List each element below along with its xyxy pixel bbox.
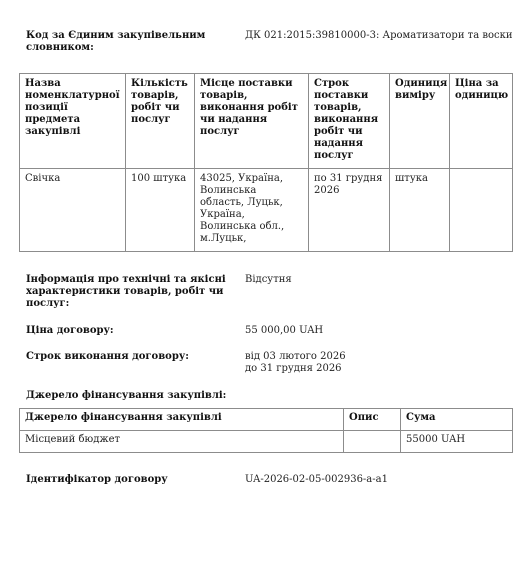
cell-unit-price — [450, 169, 513, 252]
header-funding-source: Джерело фінансування закупівлі — [20, 409, 344, 431]
cpv-value: ДК 021:2015:39810000-3: Ароматизатори та… — [245, 30, 525, 42]
cell-item-name: Свічка — [20, 169, 126, 252]
contract-id-value: UA-2026-02-05-002936-a-a1 — [245, 474, 388, 486]
funding-header-row: Джерело фінансування закупівлі Опис Сума — [20, 409, 513, 431]
cell-quantity: 100 штука — [126, 169, 195, 252]
contract-term-to: до 31 грудня 2026 — [245, 363, 342, 375]
header-unit: Одиниця виміру — [390, 74, 450, 169]
contract-price-label: Ціна договору: — [26, 325, 114, 337]
cell-term: по 31 грудня 2026 — [309, 169, 390, 252]
items-table-header-row: Назва номенклатурної позиції предмета за… — [20, 74, 513, 169]
header-term: Строк поставки товарів, виконання робіт … — [309, 74, 390, 169]
funding-table: Джерело фінансування закупівлі Опис Сума… — [19, 408, 513, 453]
cell-funding-amount: 55000 UAH — [401, 431, 513, 453]
header-unit-price: Ціна за одиницю — [450, 74, 513, 169]
tech-info-label: Інформація про технічні та якісні характ… — [26, 274, 226, 310]
header-quantity: Кількість товарів, робіт чи послуг — [126, 74, 195, 169]
cell-place: 43025, Україна, Волинська область, Луцьк… — [195, 169, 309, 252]
cell-funding-description — [344, 431, 401, 453]
header-item-name: Назва номенклатурної позиції предмета за… — [20, 74, 126, 169]
header-funding-amount: Сума — [401, 409, 513, 431]
cell-funding-source: Місцевий бюджет — [20, 431, 344, 453]
header-place: Місце поставки товарів, виконання робіт … — [195, 74, 309, 169]
funding-section-label: Джерело фінансування закупівлі: — [26, 390, 226, 402]
table-row: Місцевий бюджет 55000 UAH — [20, 431, 513, 453]
items-table: Назва номенклатурної позиції предмета за… — [19, 73, 513, 252]
contract-term-from: від 03 лютого 2026 — [245, 351, 346, 363]
header-funding-description: Опис — [344, 409, 401, 431]
contract-price-value: 55 000,00 UAH — [245, 325, 323, 337]
tech-info-value: Відсутня — [245, 274, 292, 286]
table-row: Свічка 100 штука 43025, Україна, Волинсь… — [20, 169, 513, 252]
contract-id-label: Ідентифікатор договору — [26, 474, 168, 486]
cell-unit: штука — [390, 169, 450, 252]
cpv-label: Код за Єдиним закупівельним словником: — [26, 30, 216, 54]
contract-term-label: Строк виконання договору: — [26, 351, 189, 363]
